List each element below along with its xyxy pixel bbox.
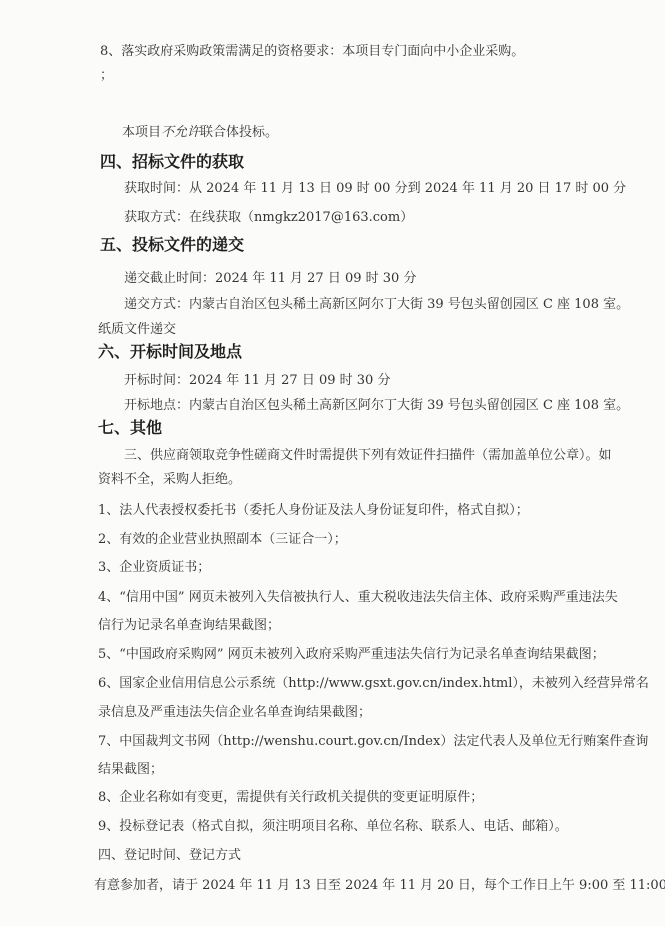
- semicolon-line: ；: [100, 68, 113, 84]
- consortium-note: 本项目不允许联合体投标。: [122, 125, 278, 141]
- section-6-heading: 六、开标时间及地点: [98, 342, 242, 362]
- obtain-time: 获取时间：从 2024 年 11 月 13 日 09 时 00 分到 2024 …: [124, 181, 626, 197]
- other-intro-1: 三、供应商领取竞争性磋商文件时需提供下列有效证件扫描件（需加盖单位公章）。如: [124, 448, 612, 464]
- list-item-4-cont: 信行为记录名单查询结果截图；: [98, 618, 280, 634]
- list-item-1: 1、法人代表授权委托书（委托人身份证及法人身份证复印件，格式自拟）；: [98, 503, 529, 519]
- list-item-2: 2、有效的企业营业执照副本（三证合一）；: [98, 532, 347, 548]
- registration-text: 有意参加者，请于 2024 年 11 月 13 日至 2024 年 11 月 2…: [94, 878, 665, 894]
- other-intro-2: 资料不全，采购人拒绝。: [98, 472, 241, 488]
- opening-time: 开标时间：2024 年 11 月 27 日 09 时 30 分: [124, 373, 390, 389]
- paper-submission: 纸质文件递交: [98, 322, 176, 338]
- submit-method: 递交方式：内蒙古自治区包头稀土高新区阿尔丁大街 39 号包头留创园区 C 座 1…: [124, 297, 629, 313]
- submit-deadline: 递交截止时间：2024 年 11 月 27 日 09 时 30 分: [124, 271, 416, 287]
- list-item-5: 5、“中国政府采购网” 网页未被列入政府采购严重违法失信行为记录名单查询结果截图…: [98, 647, 605, 663]
- list-item-6: 6、国家企业信用信息公示系统（http://www.gsxt.gov.cn/in…: [98, 676, 649, 692]
- list-item-7: 7、中国裁判文书网（http://wenshu.court.gov.cn/Ind…: [98, 734, 648, 750]
- list-item-7-cont: 结果截图；: [98, 762, 163, 778]
- registration-heading: 四、登记时间、登记方式: [98, 848, 241, 864]
- list-item-8: 8、企业名称如有变更，需提供有关行政机关提供的变更证明原件；: [98, 790, 483, 806]
- consortium-post: 联合体投标。: [200, 125, 278, 140]
- section-7-heading: 七、其他: [98, 418, 162, 438]
- list-item-6-cont: 录信息及严重违法失信企业名单查询结果截图；: [98, 705, 371, 721]
- qualification-item-8: 8、落实政府采购政策需满足的资格要求：本项目专门面向中小企业采购。: [100, 44, 524, 60]
- opening-place: 开标地点：内蒙古自治区包头稀土高新区阿尔丁大街 39 号包头留创园区 C 座 1…: [124, 398, 629, 414]
- list-item-3: 3、企业资质证书；: [98, 560, 210, 576]
- list-item-4: 4、“信用中国” 网页未被列入失信被执行人、重大税收违法失信主体、政府采购严重违…: [98, 590, 618, 606]
- consortium-pre: 本项目: [122, 125, 161, 140]
- obtain-method: 获取方式：在线获取（nmgkz2017@163.com）: [124, 210, 413, 226]
- consortium-not-allowed: 不允许: [161, 125, 200, 140]
- section-4-heading: 四、招标文件的获取: [100, 152, 244, 172]
- section-5-heading: 五、投标文件的递交: [100, 235, 244, 255]
- list-item-9: 9、投标登记表（格式自拟，须注明项目名称、单位名称、联系人、电话、邮箱）。: [98, 819, 568, 835]
